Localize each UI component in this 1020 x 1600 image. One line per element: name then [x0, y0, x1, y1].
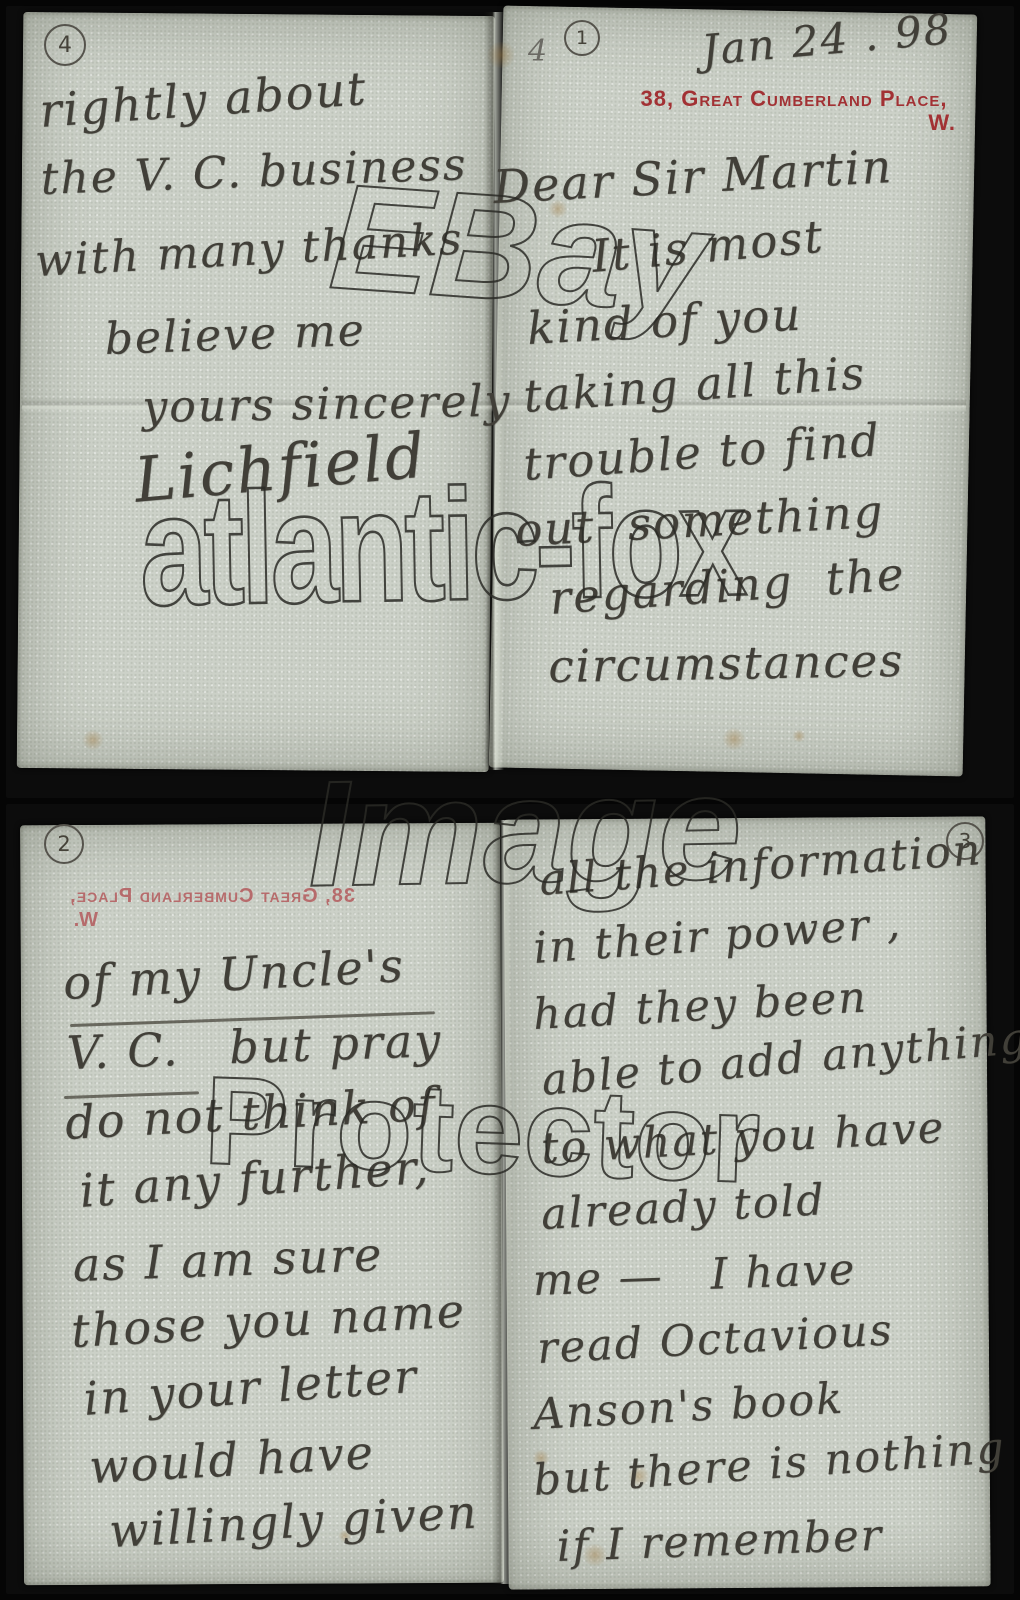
- watermark-image: Image: [301, 752, 744, 930]
- watermark-atlantic-fox: atlantic-fox: [139, 461, 932, 645]
- watermark-image-text: Image: [306, 742, 742, 918]
- page-number-badge: 1: [564, 20, 600, 56]
- letterhead-district: W.: [622, 112, 956, 134]
- letterhead-address: 38, Great Cumberland Place,: [622, 88, 966, 110]
- scanned-letter-photos: 4 rightly about the V. C. business with …: [0, 0, 1020, 1600]
- page-number: 2: [57, 832, 70, 856]
- page-number: 4: [58, 33, 72, 58]
- watermark-protector-text: Protector: [202, 1051, 762, 1209]
- watermark-atlantic-fox-text: atlantic-fox: [138, 451, 747, 639]
- handwriting-line: circumstances: [548, 638, 905, 689]
- page-number-badge: 4: [44, 24, 86, 66]
- mirrored-letterhead-district: W.: [58, 910, 98, 930]
- handwriting-line: if I remember: [556, 1515, 884, 1569]
- watermark-protector: Protector: [195, 1041, 841, 1233]
- page-number: 1: [576, 27, 588, 49]
- handwriting-line: would have: [88, 1429, 376, 1490]
- page-number-badge: 2: [44, 824, 84, 864]
- pencil-note: 4: [528, 34, 547, 69]
- handwriting-line: me — I have: [532, 1249, 857, 1303]
- foxing-spot: [792, 730, 806, 742]
- watermark-ebay: EBay: [315, 149, 708, 375]
- handwriting-line: yours sincerely: [142, 380, 512, 430]
- watermark-ebay-text: EBay: [326, 152, 719, 346]
- handwriting-line: as I am sure: [72, 1231, 384, 1288]
- foxing-spot: [82, 730, 104, 750]
- foxing-spot: [486, 42, 516, 68]
